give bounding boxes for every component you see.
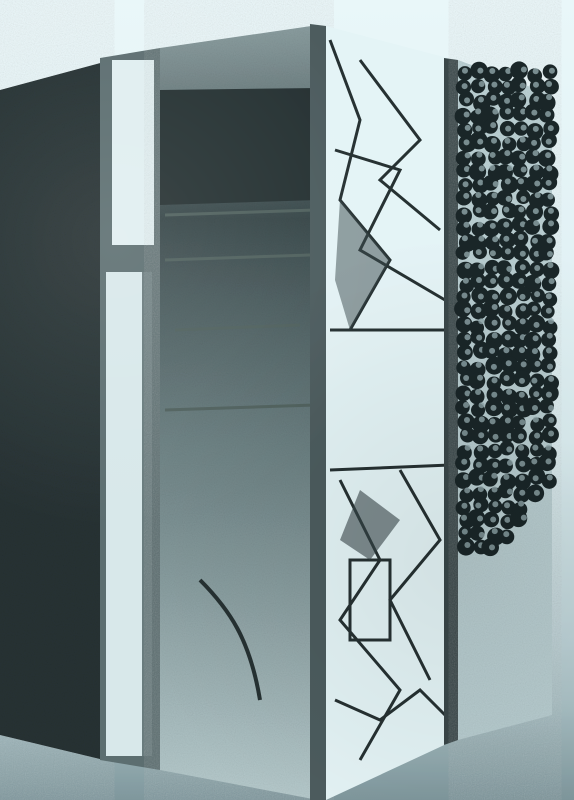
spheres-panel (454, 61, 559, 556)
left-dark-side (0, 62, 104, 760)
sculpture-drawing (0, 0, 574, 800)
front-stone-panel (160, 25, 318, 800)
sculpture-photograph (0, 0, 574, 800)
front-narrow-strips (100, 48, 160, 770)
shattered-glass-panel (326, 26, 455, 800)
